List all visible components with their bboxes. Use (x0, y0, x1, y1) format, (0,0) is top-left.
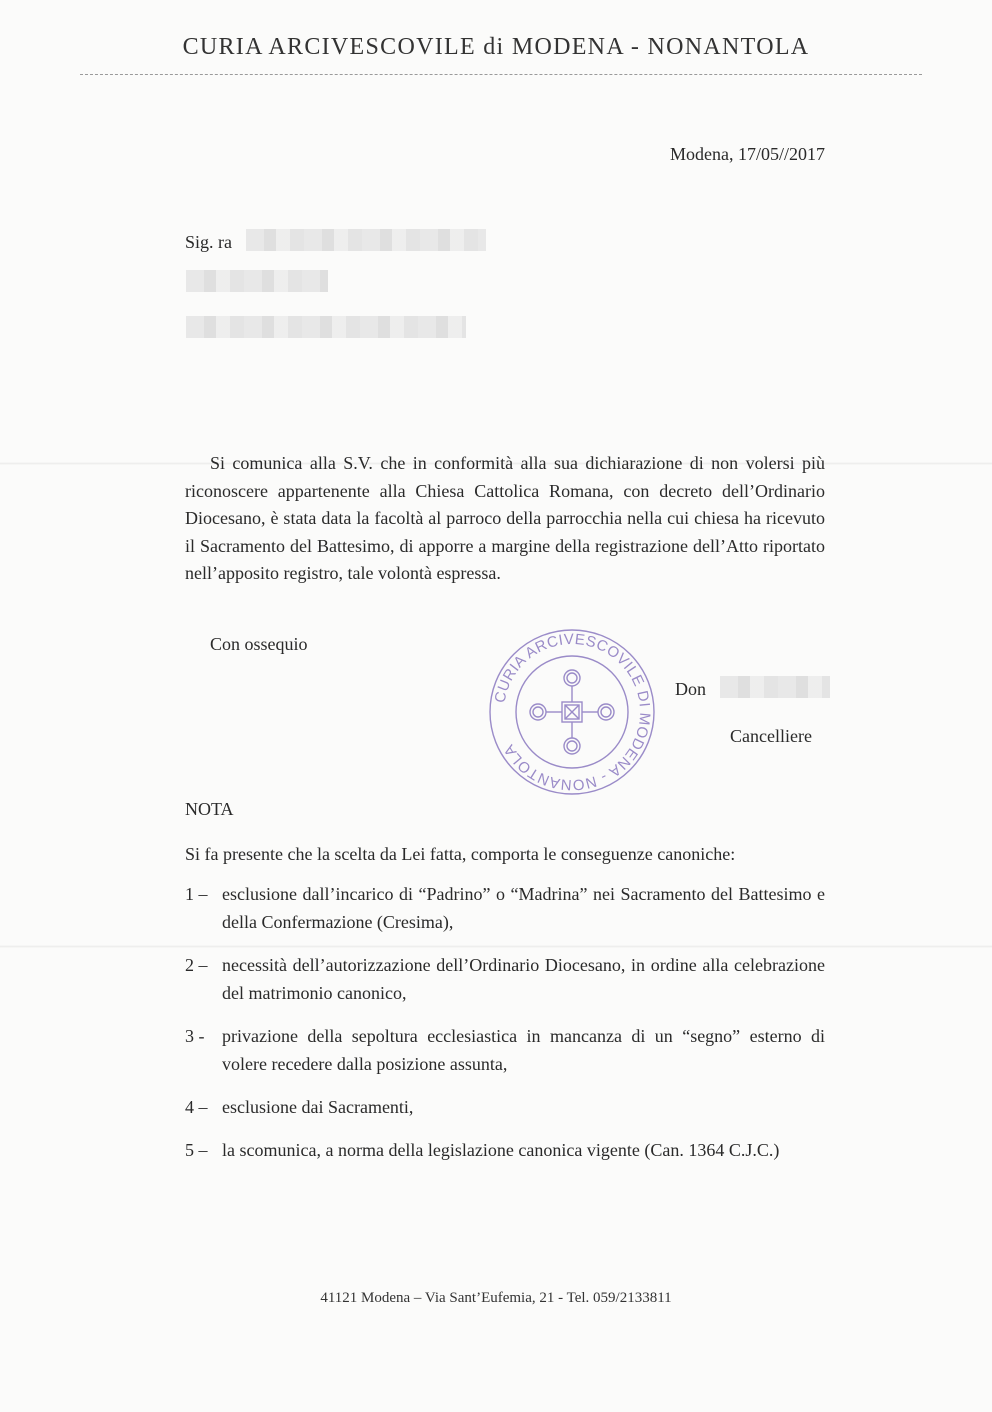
closing-salutation: Con ossequio (210, 630, 308, 658)
list-item-text: privazione della sepoltura ecclesiastica… (222, 1026, 825, 1074)
redacted-address-line (186, 316, 466, 338)
list-item: 4 – esclusione dai Sacramenti, (185, 1093, 825, 1121)
nota-intro: Si fa presente che la scelta da Lei fatt… (185, 840, 735, 868)
signature-prefix: Don (675, 675, 706, 703)
list-item: 3 - privazione della sepoltura ecclesias… (185, 1022, 825, 1078)
body-paragraph: Si comunica alla S.V. che in conformità … (185, 450, 825, 588)
list-item-text: esclusione dall’incarico di “Padrino” o … (222, 884, 825, 932)
seal-stamp-icon: CURIA ARCIVESCOVILE DI MODENA - NONANTOL… (486, 626, 658, 798)
letterhead-title: CURIA ARCIVESCOVILE di MODENA - NONANTOL… (0, 34, 992, 61)
list-item: 5 – la scomunica, a norma della legislaz… (185, 1136, 825, 1164)
list-item-number: 5 – (185, 1136, 208, 1164)
list-item-text: esclusione dai Sacramenti, (222, 1097, 413, 1117)
list-item: 2 – necessità dell’autorizzazione dell’O… (185, 951, 825, 1007)
recipient-salutation: Sig. ra (185, 228, 232, 256)
redacted-address-line (186, 270, 328, 292)
list-item-number: 2 – (185, 951, 208, 979)
list-item-text: necessità dell’autorizzazione dell’Ordin… (222, 955, 825, 1003)
letterhead-rule (80, 74, 922, 75)
date-line: Modena, 17/05//2017 (670, 140, 825, 168)
list-item-number: 3 - (185, 1022, 205, 1050)
signatory-title: Cancelliere (730, 722, 812, 750)
list-item-number: 1 – (185, 880, 208, 908)
list-item-text: la scomunica, a norma della legislazione… (222, 1140, 779, 1160)
list-item: 1 – esclusione dall’incarico di “Padrino… (185, 880, 825, 936)
redacted-signatory-name (720, 676, 830, 698)
footer-address: 41121 Modena – Via Sant’Eufemia, 21 - Te… (0, 1290, 992, 1307)
letter-page: CURIA ARCIVESCOVILE di MODENA - NONANTOL… (0, 0, 992, 1412)
consequences-list: 1 – esclusione dall’incarico di “Padrino… (185, 880, 825, 1179)
nota-heading: NOTA (185, 795, 234, 823)
list-item-number: 4 – (185, 1093, 208, 1121)
redacted-recipient-name (246, 229, 486, 251)
